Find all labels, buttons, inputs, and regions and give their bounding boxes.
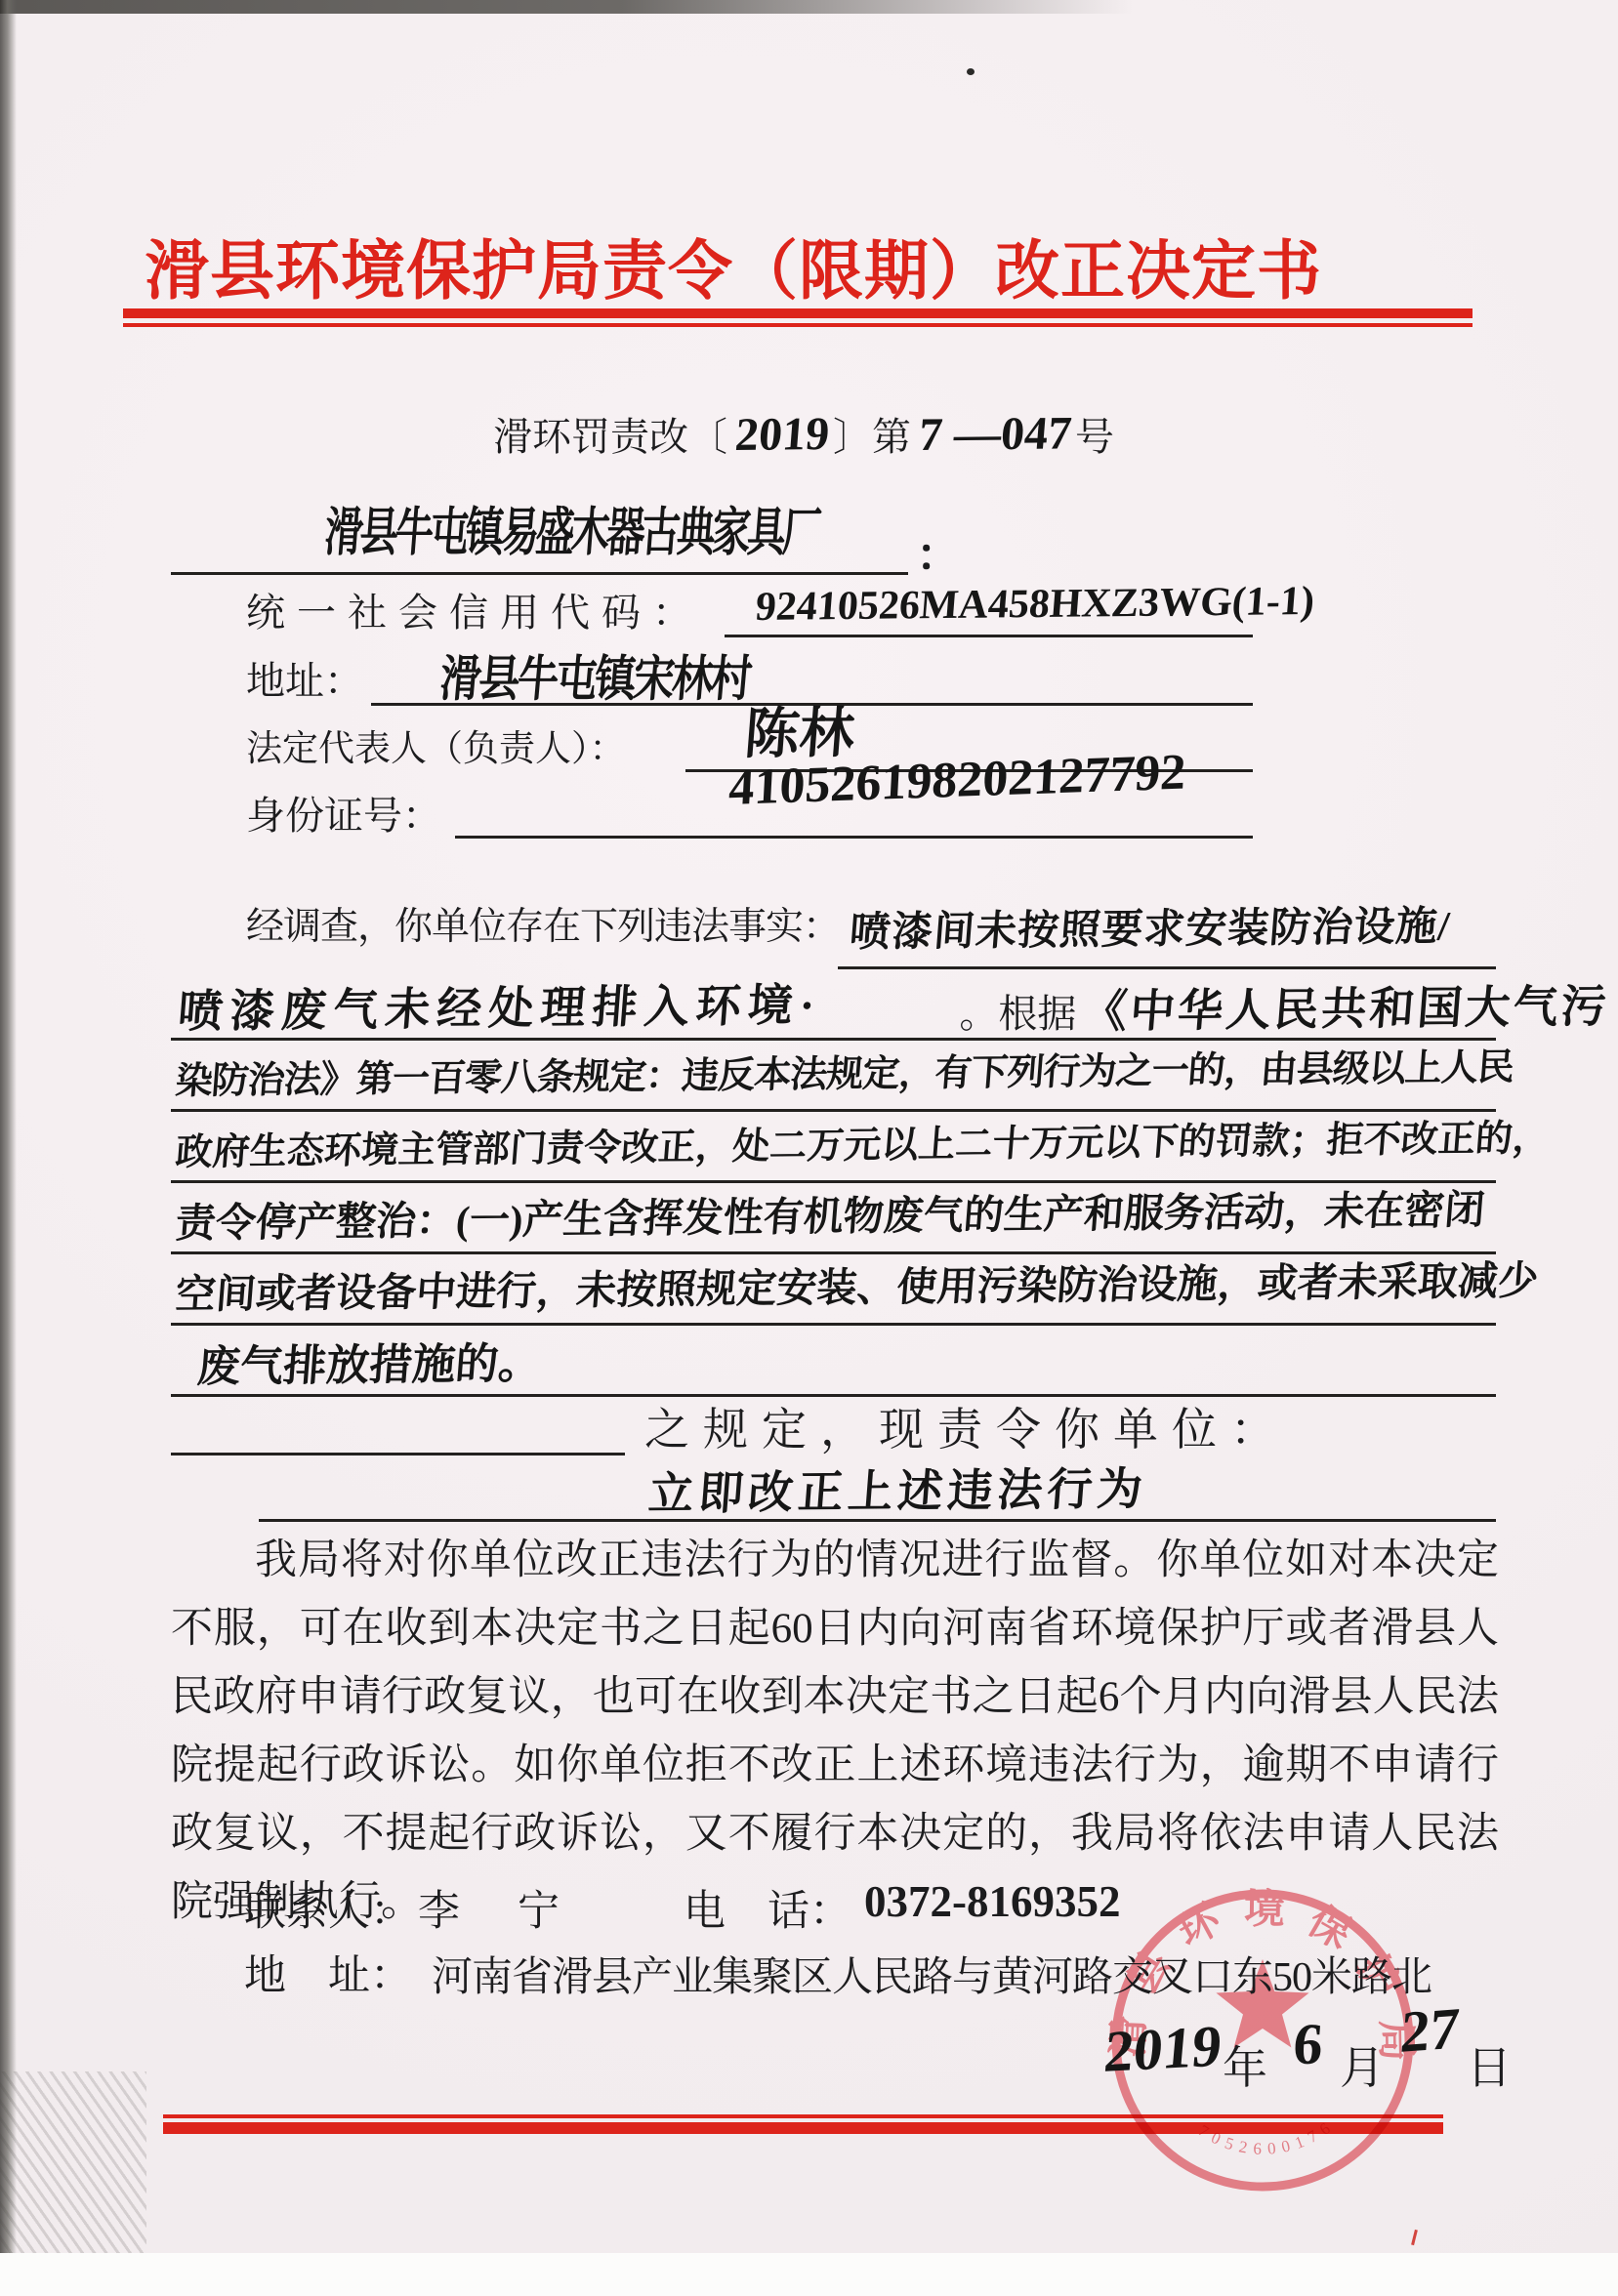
facts-lead: 经调查，你单位存在下列违法事实： <box>246 896 840 951</box>
date-month-unit: 月 <box>1340 2032 1385 2097</box>
facts-printed-connector: 。根据 <box>959 992 1076 1036</box>
supervision-paragraph: 我局将对你单位改正违法行为的情况进行监督。你单位如对本决定不服，可在收到本决定书… <box>171 1527 1499 1937</box>
docnum-prefix: 滑环罚责改〔 <box>493 406 727 462</box>
field-label-id-number: 身份证号： <box>246 785 441 840</box>
field-value-credit-code: 92410526MA458HXZ3WG(1-1) <box>754 578 1316 631</box>
facts-handwritten-line2: 喷漆废气未经处理排入环境· <box>176 969 824 1041</box>
order-underline <box>259 1519 1496 1522</box>
facts-handwritten-line7: 废气排放措施的。 <box>195 1328 544 1394</box>
docnum-year-handwritten: 2019 <box>733 407 831 462</box>
document-number: 滑环罚责改〔 2019 〕第 7 —047 号 <box>493 406 1114 462</box>
scan-edge-top <box>0 0 1133 14</box>
contact-person-label: 联系人： <box>244 1878 412 1938</box>
scan-corner-smudge <box>0 2071 146 2257</box>
order-blank-underline <box>171 1453 625 1455</box>
order-printed: 之规定，现责令你单位： <box>644 1394 1289 1458</box>
docnum-serial-handwritten: 7 —047 <box>917 406 1073 462</box>
document-title: 滑县环境保护局责令（限期）改正决定书 <box>145 219 1512 311</box>
date-day-handwritten: 27 <box>1398 1994 1462 2067</box>
field-underline-credit-code <box>725 635 1253 637</box>
contact-address: 河南省滑县产业集聚区人民路与黄河路交叉口东50米路北 <box>432 1945 1431 2003</box>
docnum-suffix: 号 <box>1075 406 1114 462</box>
red-speck <box>1411 2230 1418 2245</box>
field-label-address: 地址： <box>246 650 363 706</box>
recipient-name-handwritten: 滑县牛屯镇易盛木器古典家具厂 <box>322 490 821 565</box>
facts-handwritten-line4: 政府生态环境主管部门责令改正，处二万元以上二十万元以下的罚款；拒不改正的， <box>174 1107 1552 1175</box>
recipient-underline <box>171 572 908 575</box>
order-handwritten: 立即改正上述违法行为 <box>646 1454 1150 1523</box>
facts-handwritten-line6: 空间或者设备中进行，未按照规定安装、使用污染防治设施，或者未采取减少 <box>174 1248 1541 1320</box>
scan-bottom-margin <box>0 2253 1618 2296</box>
facts-handwritten-line2b: 《中华人民共和国大气污 <box>1080 970 1612 1041</box>
date-month-handwritten: 6 <box>1291 2011 1325 2078</box>
scanned-document-page: 滑县环境保护局责令（限期）改正决定书 滑环罚责改〔 2019 〕第 7 —047… <box>0 0 1618 2296</box>
header-divider-thin <box>123 323 1473 327</box>
scan-edge-left <box>0 0 17 2257</box>
date-day-unit: 日 <box>1467 2032 1512 2097</box>
contact-phone: 0372-8169352 <box>864 1876 1121 1927</box>
date-year-unit: 年 <box>1223 2032 1267 2097</box>
field-underline-id-number <box>455 836 1253 839</box>
facts-underline-1 <box>838 966 1496 969</box>
contact-address-label: 地 址： <box>244 1943 412 2002</box>
date-year-handwritten: 2019 <box>1101 2012 1224 2086</box>
header-divider-thick <box>123 308 1473 318</box>
field-label-legal-rep: 法定代表人（负责人）： <box>246 718 626 771</box>
ink-speck <box>967 68 975 75</box>
facts-underline-6 <box>171 1323 1496 1326</box>
field-label-credit-code: 统一社会信用代码： <box>246 582 703 637</box>
contact-phone-label: 电 话： <box>684 1878 851 1938</box>
facts-line2: 喷漆废气未经处理排入环境· 。根据 《中华人民共和国大气污 <box>176 976 1606 1041</box>
facts-handwritten-line1: 喷漆间未按照要求安装防治设施/ <box>848 894 1453 959</box>
recipient-colon: ： <box>916 519 961 584</box>
facts-handwritten-line5: 责令停产整治：(一)产生含挥发性有机物废气的生产和服务活动，未在密闭 <box>174 1177 1487 1249</box>
facts-handwritten-line3: 染防治法》第一百零八条规定：违反本法规定，有下列行为之一的，由县级以上人民 <box>174 1037 1515 1104</box>
contact-person: 李 宁 <box>418 1878 567 1938</box>
docnum-mid: 〕第 <box>833 406 911 462</box>
field-value-address: 滑县牛屯镇宋林村 <box>437 639 753 710</box>
